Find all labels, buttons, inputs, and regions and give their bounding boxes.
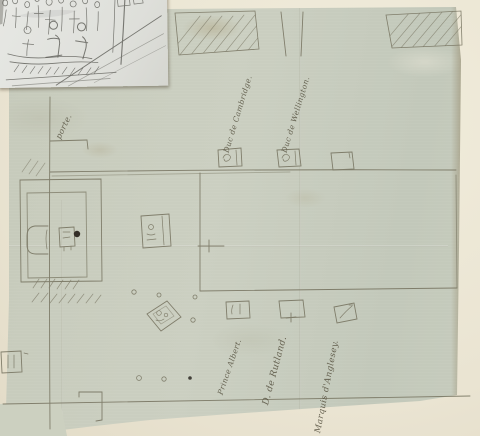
throne-chair [27,226,48,254]
inset-corner-shade [0,0,4,25]
hatch-strip-upper [33,279,79,289]
corner-bracket [79,392,102,421]
figure-sketch [0,0,168,88]
architecture-lines [55,0,166,86]
hatched-area-right [378,9,476,50]
seat-square-rutland [279,300,305,322]
crowd-figures [3,0,101,60]
baseline [3,396,470,404]
hatched-area-left [168,11,277,56]
seat-square-albert [226,301,250,319]
ink-dot [74,231,80,237]
door-opening-top [281,12,303,56]
cross-mark [198,240,224,252]
seat-square-anglesey [334,303,357,323]
hatch-strip-lower [32,293,101,303]
bench-marker [1,351,28,373]
queen-marker [147,301,181,331]
inset-sketch-paper [0,0,168,88]
side-table [59,227,75,251]
position-dots [132,290,197,381]
central-area [200,173,457,291]
porte-door-mark [22,140,88,176]
scanned-drawing: porte. Duc de Cambridge. Duc de Wellingt… [0,0,480,436]
wash-blob [17,10,77,18]
dais-plan [20,179,102,303]
plan-walls [3,97,470,429]
seat-square-top-right [331,152,354,170]
lectern-square [141,214,171,248]
